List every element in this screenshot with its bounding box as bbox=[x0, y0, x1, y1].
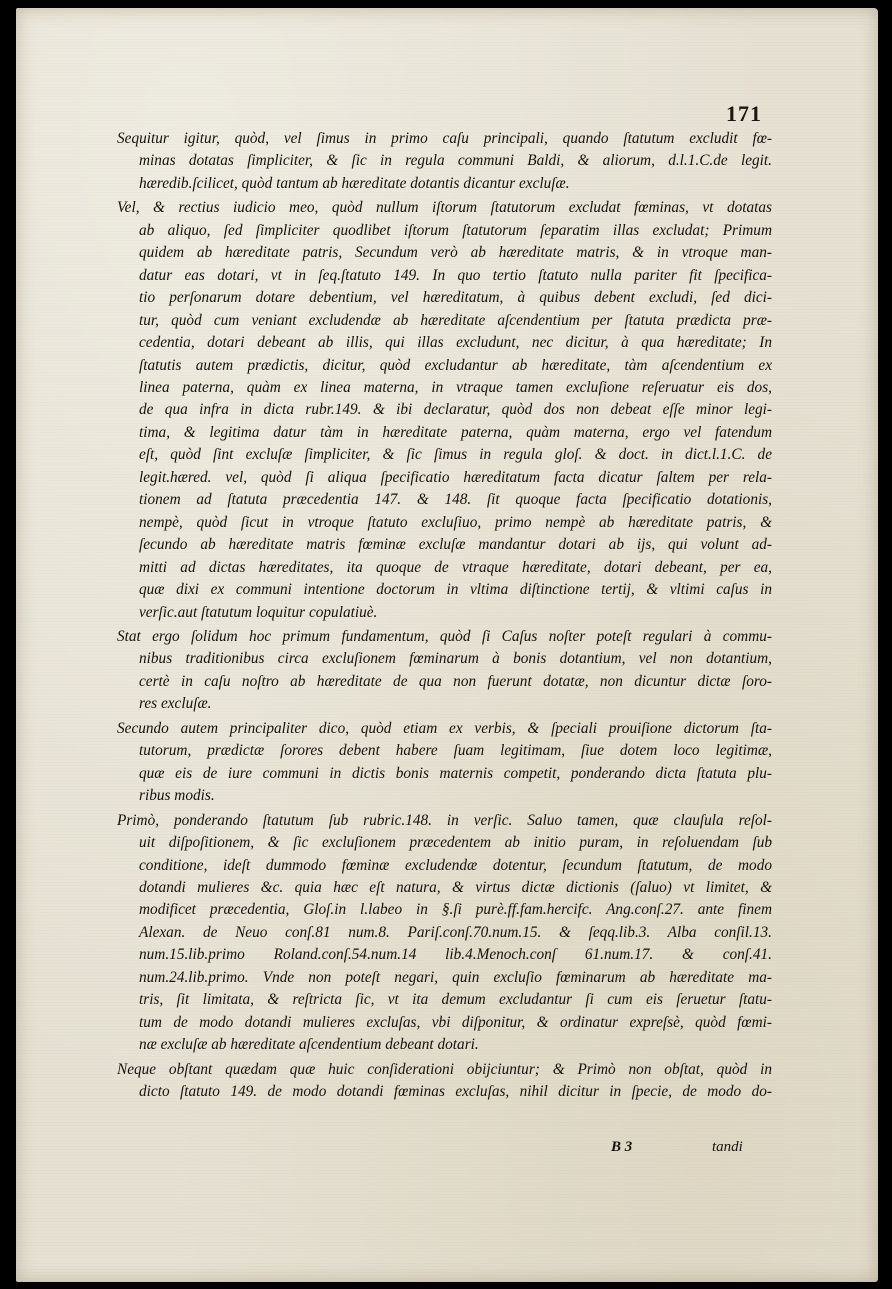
text-line: tionem ad ſtatuta præcedentia 147. & 148… bbox=[117, 489, 772, 511]
paragraph-secundo: Secundo autem principaliter dico, quòd e… bbox=[117, 718, 772, 808]
text-line: conditione, ideſt dummodo fœminæ exclude… bbox=[117, 855, 772, 877]
text-line: res excluſæ. bbox=[117, 693, 772, 715]
text-line: Neque obſtant quædam quæ huic conſiderat… bbox=[117, 1059, 772, 1081]
text-line: quæ eis de iure communi in dictis bonis … bbox=[117, 763, 772, 785]
text-line: datur eas dotari, vt in ſeq.ſtatuto 149.… bbox=[117, 265, 772, 287]
catchword: tandi bbox=[712, 1139, 743, 1156]
text-line: ſtatutis autem prædictis, dicitur, quòd … bbox=[117, 355, 772, 377]
paragraph-primo: Primò, ponderando ſtatutum ſub rubric.14… bbox=[117, 810, 772, 1057]
text-line: minas dotatas ſimpliciter, & ſic in regu… bbox=[117, 150, 772, 172]
text-line: næ excluſæ ab hæreditate aſcendentium de… bbox=[117, 1034, 772, 1056]
text-line: legit.hæred. vel, quòd ſi aliqua ſpecifi… bbox=[117, 467, 772, 489]
text-line: certè in caſu noſtro ab hæreditate de qu… bbox=[117, 671, 772, 693]
text-line: nibus traditionibus circa excluſionem fœ… bbox=[117, 648, 772, 670]
text-line: quæ dixi ex communi intentione doctorum … bbox=[117, 579, 772, 601]
text-line: mitti ad dictas hæreditates, ita quoque … bbox=[117, 557, 772, 579]
text-line: cedentia, dotari debeant ab illis, qui i… bbox=[117, 332, 772, 354]
text-line: verſic.aut ſtatutum loquitur copulatiuè. bbox=[117, 602, 772, 624]
text-line: dotandi mulieres &c. quia hæc eſt natura… bbox=[117, 877, 772, 899]
text-line: tio perſonarum dotare debentium, vel hær… bbox=[117, 287, 772, 309]
paragraph-stat: Stat ergo ſolidum hoc primum fundamentum… bbox=[117, 626, 772, 716]
text-line: tutorum, prædictæ ſorores debent habere … bbox=[117, 740, 772, 762]
text-line: num.24.lib.primo. Vnde non poteſt negari… bbox=[117, 967, 772, 989]
text-line: Alexan. de Neuo conſ.81 num.8. Pariſ.con… bbox=[117, 922, 772, 944]
paragraph-vel: Vel, & rectius iudicio meo, quòd nullum … bbox=[117, 197, 772, 624]
text-line: tris, ſit limitata, & reſtricta ſic, vt … bbox=[117, 989, 772, 1011]
text-line: ſecundo ab hæreditate matris fœminæ excl… bbox=[117, 534, 772, 556]
text-line: eſt, quòd ſint excluſæ ſimpliciter, & ſi… bbox=[117, 444, 772, 466]
text-line: quidem ab hæreditate patris, Secundum ve… bbox=[117, 242, 772, 264]
text-line: ribus modis. bbox=[117, 785, 772, 807]
text-line: uit diſpoſitionem, & ſic excluſionem præ… bbox=[117, 832, 772, 854]
text-line: num.15.lib.primo Roland.conſ.54.num.14 l… bbox=[117, 944, 772, 966]
page-number: 171 bbox=[726, 101, 762, 127]
signature-mark: B 3 bbox=[611, 1139, 632, 1156]
text-line: Stat ergo ſolidum hoc primum fundamentum… bbox=[117, 626, 772, 648]
text-line: Primò, ponderando ſtatutum ſub rubric.14… bbox=[117, 810, 772, 832]
text-line: Secundo autem principaliter dico, quòd e… bbox=[117, 718, 772, 740]
paragraph-sequitur: Sequitur igitur, quòd, vel ſimus in prim… bbox=[117, 128, 772, 195]
text-line: Sequitur igitur, quòd, vel ſimus in prim… bbox=[117, 128, 772, 150]
text-line: dicto ſtatuto 149. de modo dotandi fœmin… bbox=[117, 1081, 772, 1103]
text-line: nempè, quòd ſicut in vtroque ſtatuto exc… bbox=[117, 512, 772, 534]
paragraph-neque: Neque obſtant quædam quæ huic conſiderat… bbox=[117, 1059, 772, 1104]
text-line: ab aliquo, ſed ſimpliciter quodlibet iſt… bbox=[117, 220, 772, 242]
text-line: tur, quòd cum veniant excludendæ ab hære… bbox=[117, 310, 772, 332]
text-line: hæredib.ſcilicet, quòd tantum ab hæredit… bbox=[117, 173, 772, 195]
text-line: tima, & legitima datur tàm in hæreditate… bbox=[117, 422, 772, 444]
text-line: modificet præcedentia, Gloſ.in l.labeo i… bbox=[117, 899, 772, 921]
text-line: linea paterna, quàm ex linea materna, in… bbox=[117, 377, 772, 399]
body-text: Sequitur igitur, quòd, vel ſimus in prim… bbox=[117, 128, 772, 1105]
text-line: Vel, & rectius iudicio meo, quòd nullum … bbox=[117, 197, 772, 219]
text-line: tum de modo dotandi mulieres excluſas, v… bbox=[117, 1012, 772, 1034]
text-line: de qua infra in dicta rubr.149. & ibi de… bbox=[117, 399, 772, 421]
